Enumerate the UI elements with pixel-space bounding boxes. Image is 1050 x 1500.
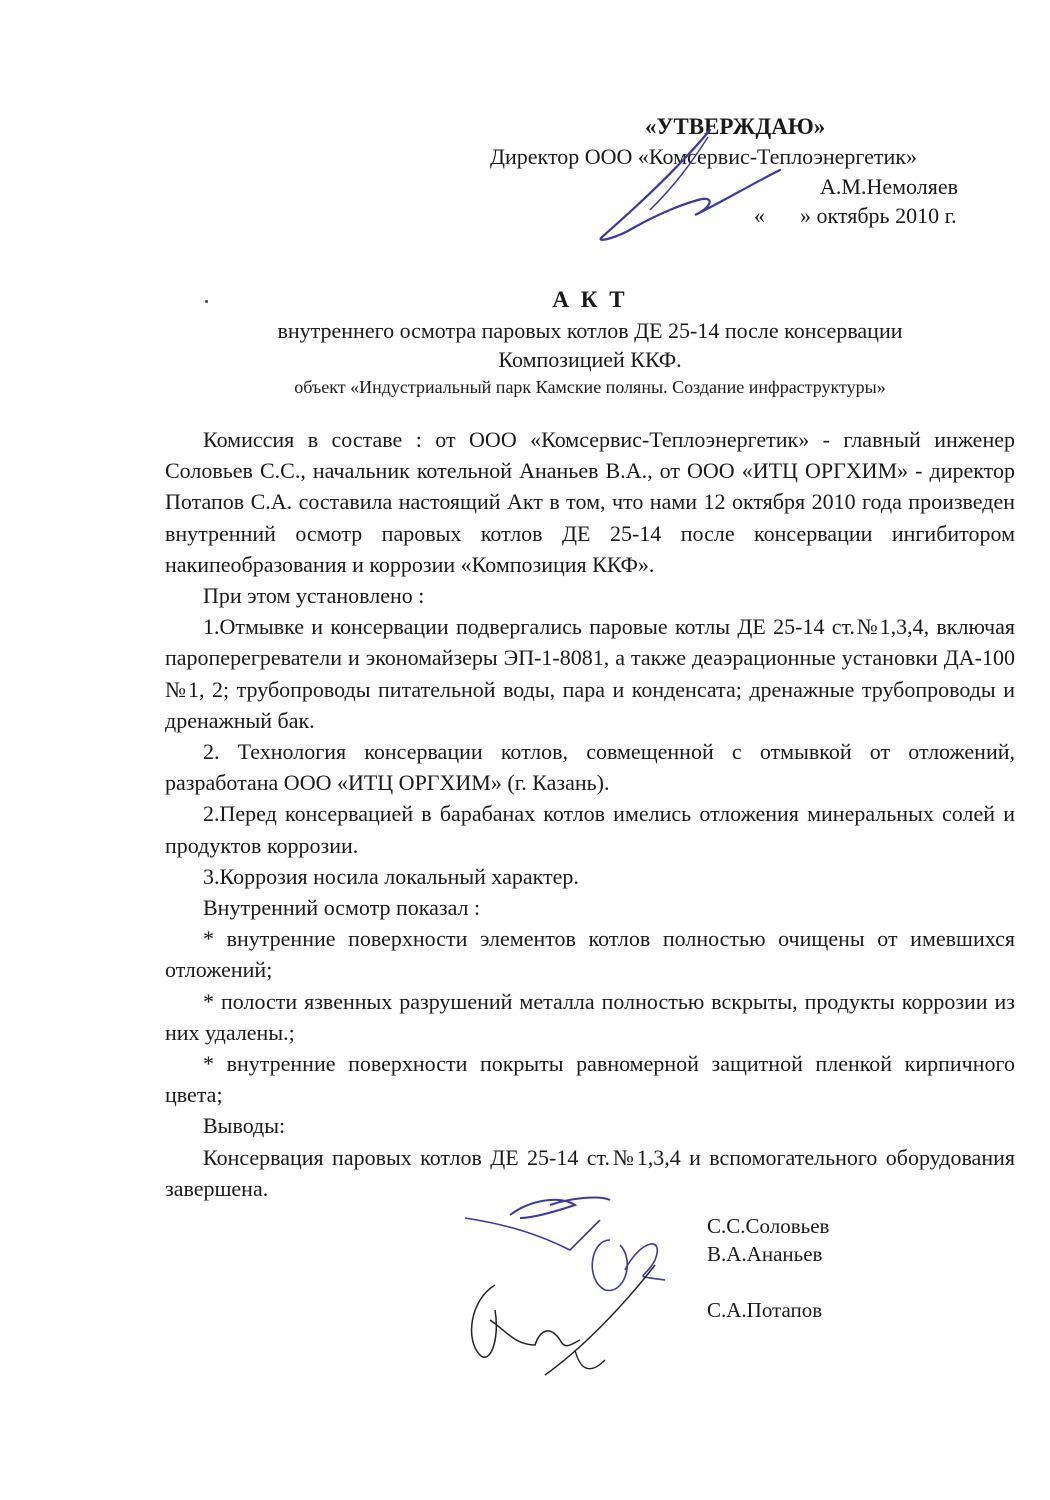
paragraph-item-2-technology: 2. Технология консервации котлов, совмещ… — [165, 736, 1015, 798]
signatory-ananyev: В.А.Ананьев — [707, 1240, 822, 1268]
paragraph-item-3: 3.Коррозия носила локальный характер. — [165, 861, 1015, 892]
paragraph-established: При этом установлено : — [165, 580, 1015, 611]
paragraph-commission: Комиссия в составе : от ООО «Комсервис-Т… — [165, 424, 1015, 580]
act-title: А К Т — [65, 287, 1050, 313]
paragraph-conclusion: Консервация паровых котлов ДЕ 25-14 ст.№… — [165, 1142, 1015, 1204]
approval-director: Директор ООО «Комсервис-Теплоэнергетик» — [490, 142, 917, 171]
paragraph-finding-1: * внутренние поверхности элементов котло… — [165, 923, 1015, 985]
paragraph-conclusions-label: Выводы: — [165, 1110, 1015, 1141]
act-subtitle-line1: внутреннего осмотра паровых котлов ДЕ 25… — [65, 318, 1050, 344]
act-object: объект «Индустриальный парк Камские поля… — [65, 377, 1050, 398]
approval-title: «УТВЕРЖДАЮ» — [645, 112, 825, 141]
signatory-potapov: С.А.Потапов — [707, 1296, 822, 1324]
paragraph-item-2-deposits: 2.Перед консервацией в барабанах котлов … — [165, 798, 1015, 860]
paragraph-item-1: 1.Отмывке и консервации подвергались пар… — [165, 611, 1015, 736]
paragraph-finding-3: * внутренние поверхности покрыты равноме… — [165, 1048, 1015, 1110]
paragraph-finding-2: * полости язвенных разрушений металла по… — [165, 986, 1015, 1048]
approval-date-text: » октябрь 2010 г. — [800, 203, 957, 228]
approval-date-open-quote: « — [754, 201, 800, 230]
act-subtitle-line2: Композицией ККФ. — [65, 347, 1050, 373]
act-body: Комиссия в составе : от ООО «Комсервис-Т… — [165, 424, 1015, 1204]
signatory-solovyev: С.С.Соловьев — [707, 1212, 829, 1240]
approval-date: «» октябрь 2010 г. — [754, 201, 957, 230]
approval-director-name: А.М.Немоляев — [820, 172, 958, 201]
paragraph-inspection: Внутренний осмотр показал : — [165, 892, 1015, 923]
signatures-icon — [450, 1180, 710, 1400]
